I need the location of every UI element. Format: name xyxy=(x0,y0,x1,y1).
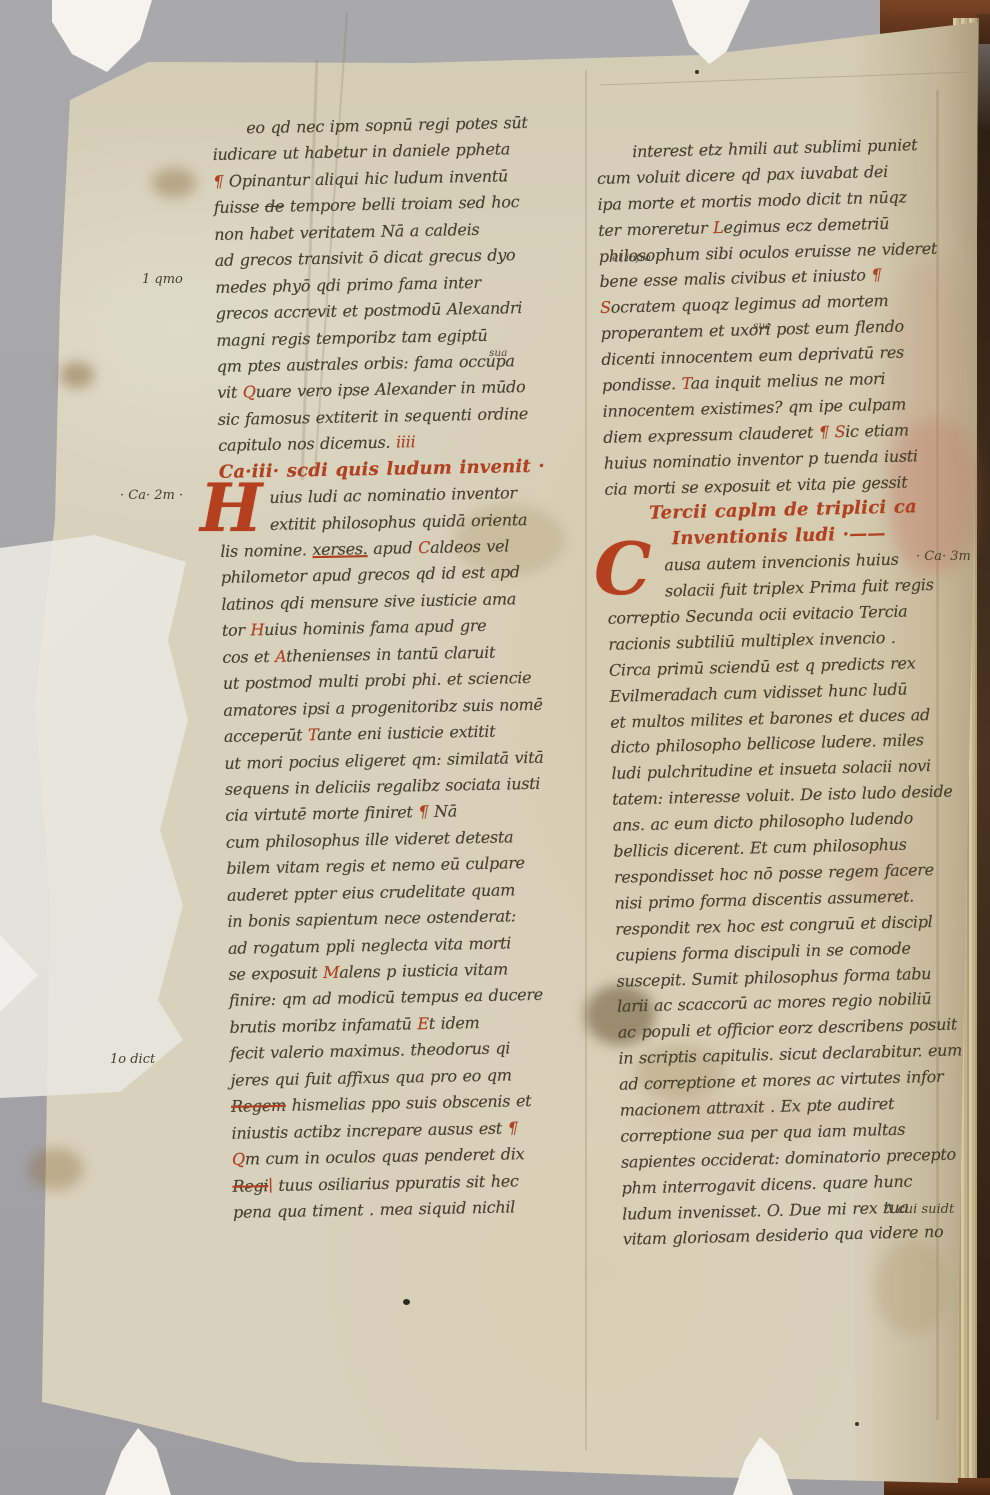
margin-note-chapter: · Ca· 3m xyxy=(916,549,971,564)
mounting-tab xyxy=(105,1428,171,1495)
text-column-right: interest etz hmili aut sublimi punietcum… xyxy=(596,131,990,1253)
interlinear-note: et infra xyxy=(612,252,651,264)
margin-note: 1 qmo xyxy=(142,272,183,287)
drop-cap-h: H xyxy=(200,478,262,538)
stain xyxy=(28,1148,83,1190)
margin-note: Λ cui suidt xyxy=(884,1202,954,1217)
interlinear-note: sue xyxy=(753,320,771,332)
interlinear-note: sua xyxy=(489,347,507,359)
ink-speck xyxy=(695,70,699,74)
stain xyxy=(152,168,196,198)
stain xyxy=(875,1240,950,1335)
ink-hole xyxy=(403,1299,410,1305)
stain xyxy=(60,362,94,388)
margin-note: 1o dict xyxy=(110,1052,155,1067)
margin-note-chapter: · Ca· 2m · xyxy=(120,488,183,503)
mounting-tab xyxy=(52,0,152,72)
text-column-left: eo qd nec ipm sopnū regi potes sūtiudica… xyxy=(212,109,608,1226)
photo-background: eo qd nec ipm sopnū regi potes sūtiudica… xyxy=(0,0,990,1495)
ink-speck xyxy=(855,1422,859,1426)
drop-cap-c: C xyxy=(594,536,651,602)
